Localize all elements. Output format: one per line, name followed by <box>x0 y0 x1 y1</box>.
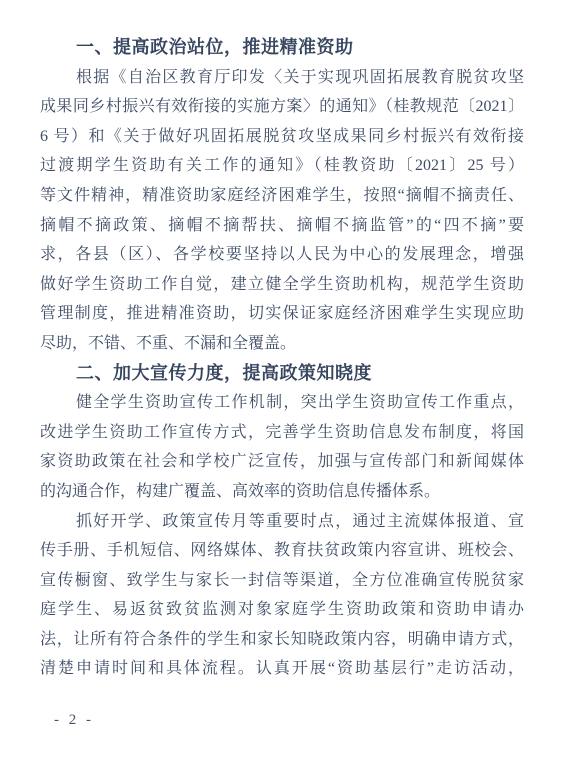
text-line: 6 号）和《关于做好巩固拓展脱贫攻坚成果同乡村振兴有效衔接 <box>40 122 524 152</box>
text-line: 法，让所有符合条件的学生和家长知晓政策内容，明确申请方式， <box>40 625 524 655</box>
paragraph-1-last-line: 尽助，不错、不重、不漏和全覆盖。 <box>40 329 524 359</box>
text-line: 改进学生资助工作宣传方式，完善学生资助信息发布制度，将国 <box>40 418 524 448</box>
text-line: 成果同乡村振兴有效衔接的实施方案〉的通知》（桂教规范〔2021〕 <box>40 92 524 122</box>
text-line: 根据《自治区教育厅印发〈关于实现巩固拓展教育脱贫攻坚 <box>40 63 524 93</box>
paragraph-1: 根据《自治区教育厅印发〈关于实现巩固拓展教育脱贫攻坚成果同乡村振兴有效衔接的实施… <box>40 63 524 359</box>
section-heading-2: 二、加大宣传力度，提高政策知晓度 <box>40 359 524 389</box>
paragraph-2: 健全学生资助宣传工作机制，突出学生资助宣传工作重点，改进学生资助工作宣传方式，完… <box>40 388 524 506</box>
paragraph-2-lines: 健全学生资助宣传工作机制，突出学生资助宣传工作重点，改进学生资助工作宣传方式，完… <box>40 388 524 477</box>
text-line: 过渡期学生资助有关工作的通知》（桂教资助〔2021〕25 号） <box>40 151 524 181</box>
text-line: 等文件精神，精准资助家庭经济困难学生，按照“摘帽不摘责任、 <box>40 181 524 211</box>
text-line: 传手册、手机短信、网络媒体、教育扶贫政策内容宣讲、班校会、 <box>40 536 524 566</box>
text-line: 管理制度，推进精准资助，切实保证家庭经济困难学生实现应助 <box>40 299 524 329</box>
paragraph-2-last-line: 的沟通合作，构建广覆盖、高效率的资助信息传播体系。 <box>40 477 524 507</box>
document-page: 一、提高政治站位，推进精准资助 根据《自治区教育厅印发〈关于实现巩固拓展教育脱贫… <box>0 0 563 778</box>
text-line: 庭学生、易返贫致贫监测对象家庭学生资助政策和资助申请办 <box>40 595 524 625</box>
paragraph-3: 抓好开学、政策宣传月等重要时点，通过主流媒体报道、宣传手册、手机短信、网络媒体、… <box>40 507 524 685</box>
paragraph-3-lines: 抓好开学、政策宣传月等重要时点，通过主流媒体报道、宣传手册、手机短信、网络媒体、… <box>40 507 524 685</box>
text-line: 家资助政策在社会和学校广泛宣传，加强与宣传部门和新闻媒体 <box>40 447 524 477</box>
text-line: 抓好开学、政策宣传月等重要时点，通过主流媒体报道、宣 <box>40 507 524 537</box>
text-line: 求，各县（区）、各学校要坚持以人民为中心的发展理念，增强 <box>40 240 524 270</box>
text-line: 宣传橱窗、致学生与家长一封信等渠道，全方位准确宣传脱贫家 <box>40 566 524 596</box>
text-line: 健全学生资助宣传工作机制，突出学生资助宣传工作重点， <box>40 388 524 418</box>
text-line: 清楚申请时间和具体流程。认真开展“资助基层行”走访活动， <box>40 654 524 684</box>
text-line: 做好学生资助工作自觉，建立健全学生资助机构，规范学生资助 <box>40 270 524 300</box>
page-number: - 2 - <box>54 710 524 730</box>
text-line: 摘帽不摘政策、摘帽不摘帮扶、摘帽不摘监管”的“四不摘”要 <box>40 211 524 241</box>
section-heading-1: 一、提高政治站位，推进精准资助 <box>40 33 524 63</box>
paragraph-1-lines: 根据《自治区教育厅印发〈关于实现巩固拓展教育脱贫攻坚成果同乡村振兴有效衔接的实施… <box>40 63 524 329</box>
